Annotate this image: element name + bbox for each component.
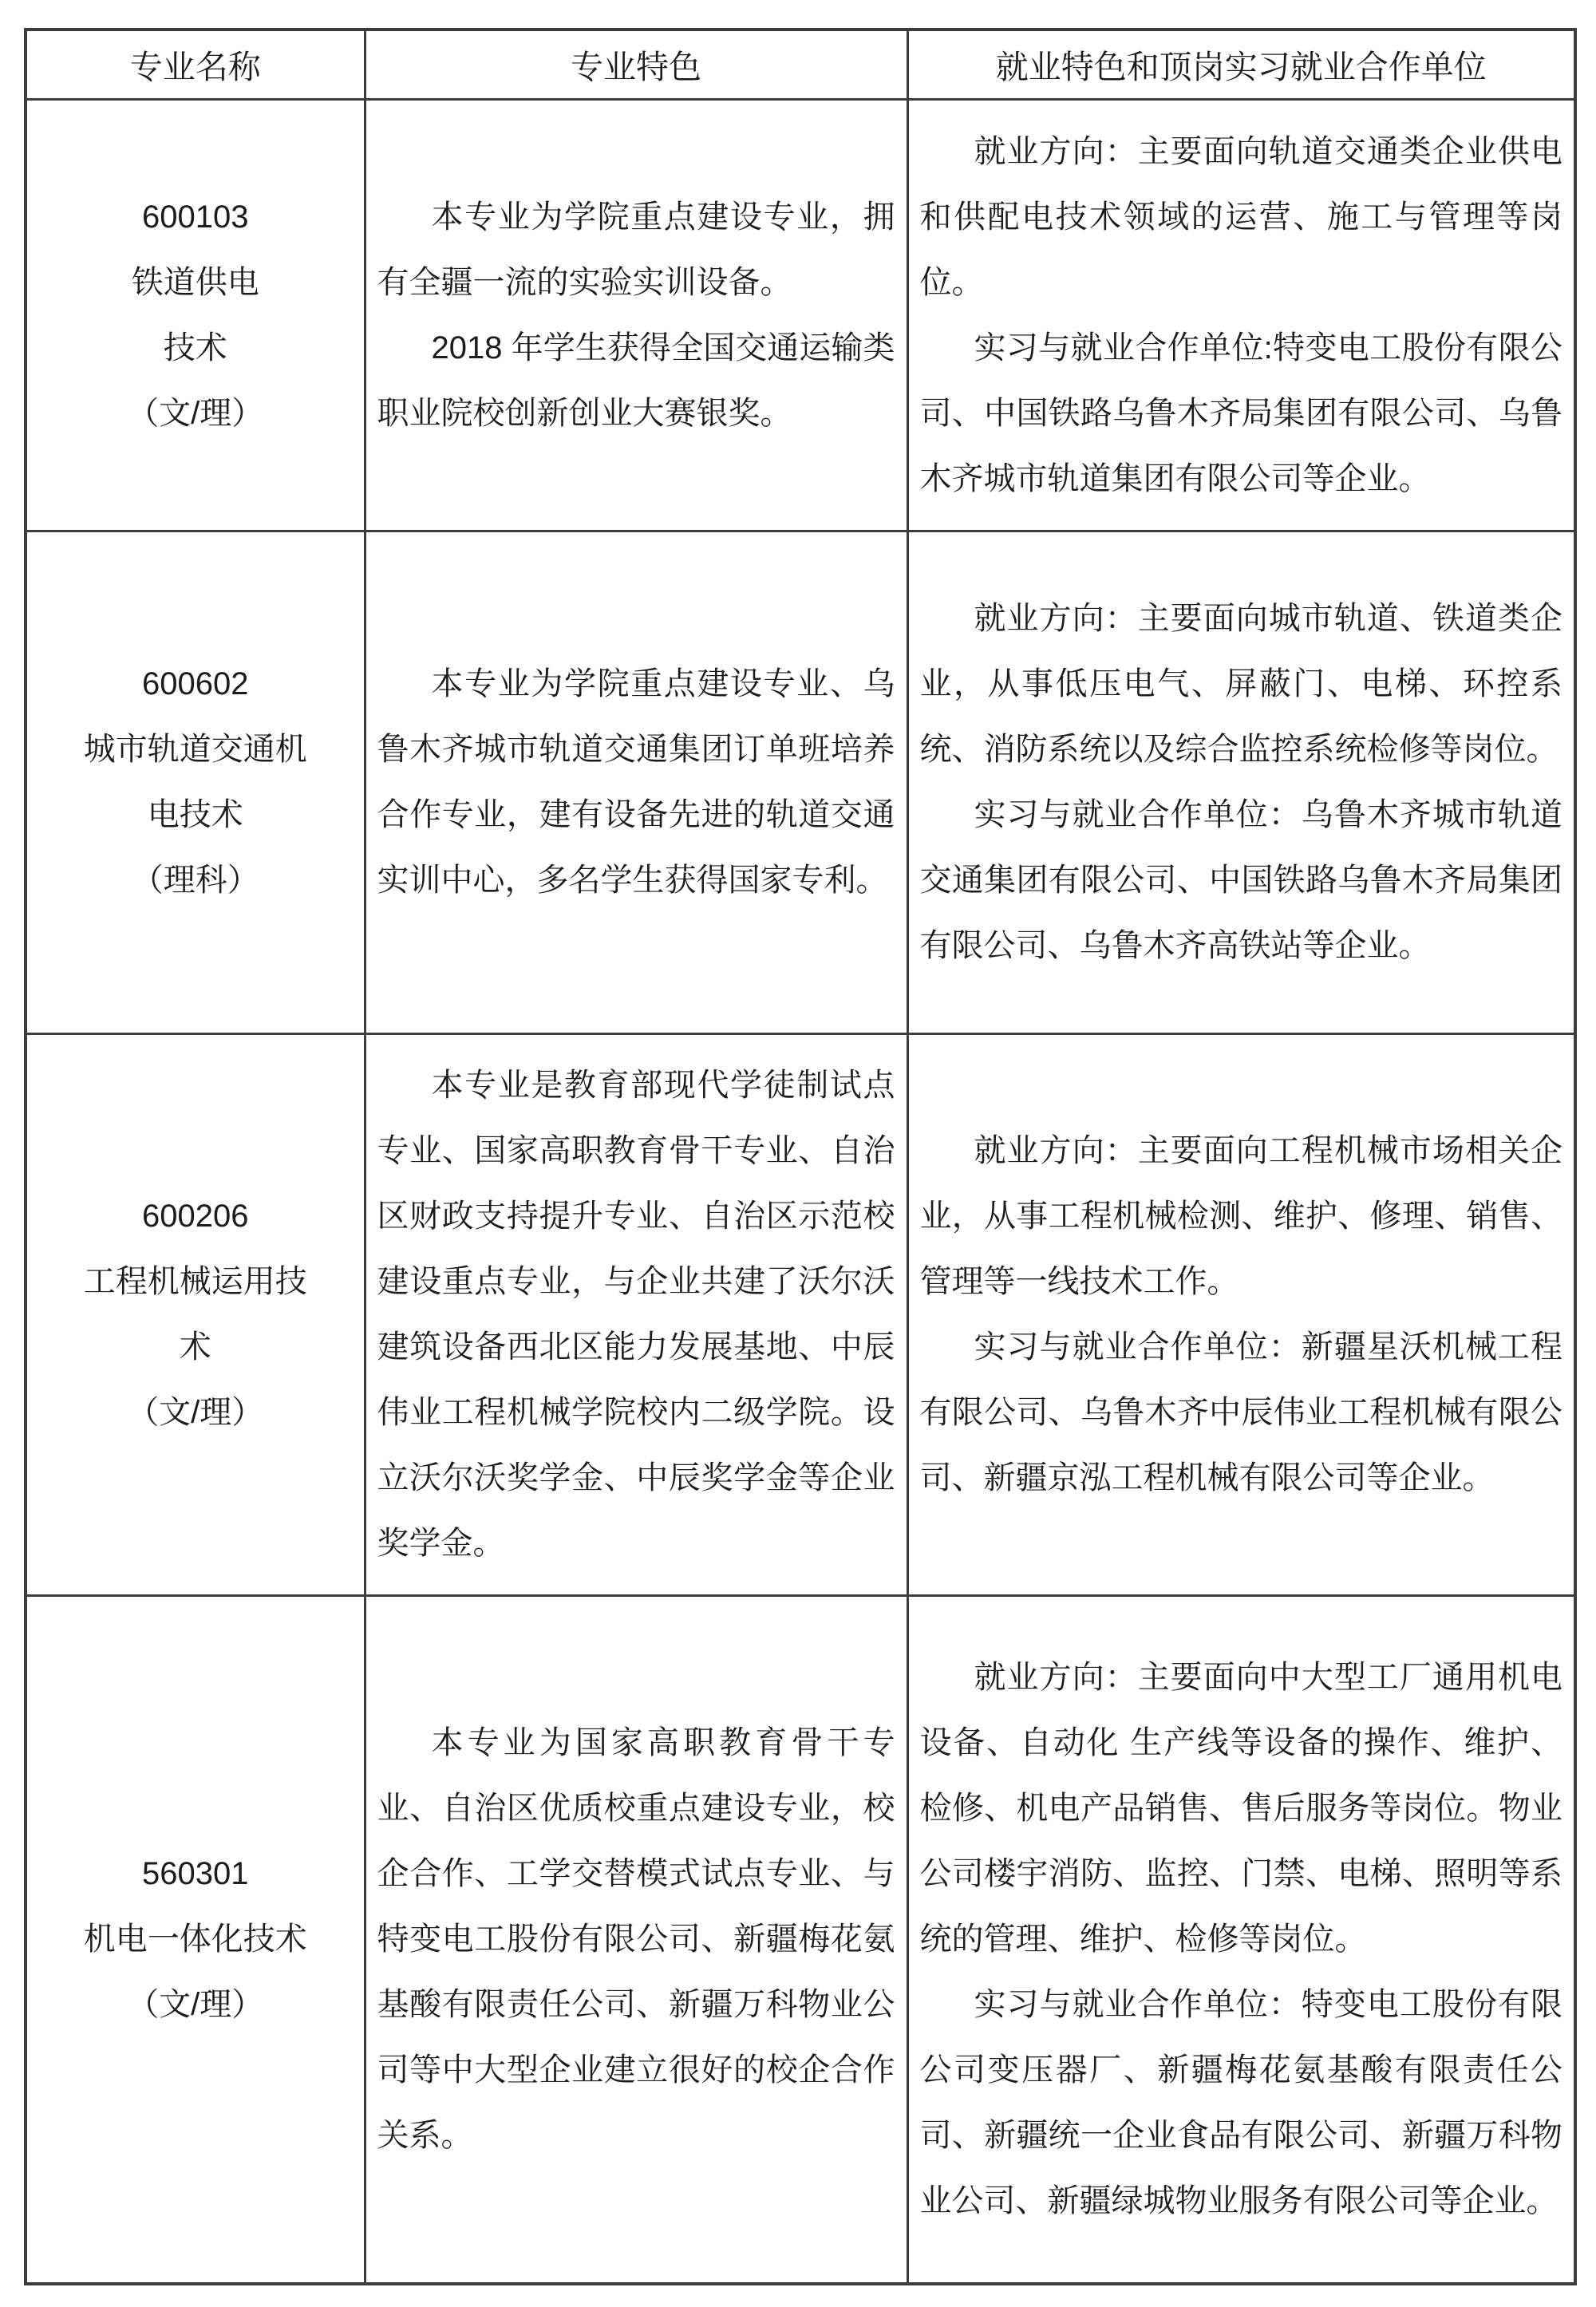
major-code: 560301 [38, 1841, 353, 1906]
major-cell: 600103 铁道供电 技术 （文/理） [26, 99, 365, 531]
feature-paragraph: 本专业为学院重点建设专业、乌鲁木齐城市轨道交通集团订单班培养合作专业，建有设备先… [377, 651, 895, 913]
major-track: （理科） [38, 847, 353, 913]
major-track: （文/理） [38, 1972, 353, 2037]
feature-cell: 本专业是教育部现代学徒制试点专业、国家高职教育骨干专业、自治区财政支持提升专业、… [365, 1033, 907, 1595]
header-major-name: 专业名称 [26, 30, 365, 99]
header-major-feature: 专业特色 [365, 30, 907, 99]
employment-cell: 就业方向：主要面向城市轨道、铁道类企业，从事低压电气、屏蔽门、电梯、环控系统、消… [907, 531, 1575, 1033]
major-cell: 600206 工程机械运用技 术 （文/理） [26, 1033, 365, 1595]
major-code: 600602 [38, 651, 353, 717]
employment-cell: 就业方向：主要面向中大型工厂通用机电设备、自动化 生产线等设备的操作、维护、检修… [907, 1595, 1575, 2284]
employment-paragraph: 就业方向：主要面向工程机械市场相关企业，从事工程机械检测、维护、修理、销售、管理… [920, 1118, 1563, 1314]
major-name-line: 铁道供电 [38, 250, 353, 315]
feature-paragraph: 本专业为学院重点建设专业，拥有全疆一流的实验实训设备。 [377, 184, 895, 315]
employment-cell: 就业方向：主要面向工程机械市场相关企业，从事工程机械检测、维护、修理、销售、管理… [907, 1033, 1575, 1595]
employment-cell: 就业方向：主要面向轨道交通类企业供电和供配电技术领域的运营、施工与管理等岗位。 … [907, 99, 1575, 531]
header-employment: 就业特色和顶岗实习就业合作单位 [907, 30, 1575, 99]
major-name-line: 技术 [38, 315, 353, 381]
feature-cell: 本专业为学院重点建设专业，拥有全疆一流的实验实训设备。 2018 年学生获得全国… [365, 99, 907, 531]
table-row: 600206 工程机械运用技 术 （文/理） 本专业是教育部现代学徒制试点专业、… [26, 1033, 1575, 1595]
major-code: 600206 [38, 1183, 353, 1249]
major-name-line: 城市轨道交通机 [38, 717, 353, 782]
feature-cell: 本专业为国家高职教育骨干专业、自治区优质校重点建设专业，校企合作、工学交替模式试… [365, 1595, 907, 2284]
major-code: 600103 [38, 184, 353, 250]
employment-paragraph: 就业方向：主要面向轨道交通类企业供电和供配电技术领域的运营、施工与管理等岗位。 [920, 119, 1563, 315]
employment-paragraph: 就业方向：主要面向城市轨道、铁道类企业，从事低压电气、屏蔽门、电梯、环控系统、消… [920, 586, 1563, 782]
feature-paragraph: 本专业是教育部现代学徒制试点专业、国家高职教育骨干专业、自治区财政支持提升专业、… [377, 1053, 895, 1576]
employment-paragraph: 实习与就业合作单位：乌鲁木齐城市轨道交通集团有限公司、中国铁路乌鲁木齐局集团有限… [920, 782, 1563, 978]
feature-cell: 本专业为学院重点建设专业、乌鲁木齐城市轨道交通集团订单班培养合作专业，建有设备先… [365, 531, 907, 1033]
major-cell: 560301 机电一体化技术 （文/理） [26, 1595, 365, 2284]
major-name-line: 术 [38, 1314, 353, 1380]
employment-paragraph: 实习与就业合作单位:特变电工股份有限公司、中国铁路乌鲁木齐局集团有限公司、乌鲁木… [920, 315, 1563, 512]
employment-paragraph: 就业方向：主要面向中大型工厂通用机电设备、自动化 生产线等设备的操作、维护、检修… [920, 1645, 1563, 1972]
employment-paragraph: 实习与就业合作单位：特变电工股份有限公司变压器厂、新疆梅花氨基酸有限责任公司、新… [920, 1972, 1563, 2234]
major-cell: 600602 城市轨道交通机 电技术 （理科） [26, 531, 365, 1033]
major-track: （文/理） [38, 381, 353, 446]
table-row: 600103 铁道供电 技术 （文/理） 本专业为学院重点建设专业，拥有全疆一流… [26, 99, 1575, 531]
major-track: （文/理） [38, 1380, 353, 1445]
majors-table: 专业名称 专业特色 就业特色和顶岗实习就业合作单位 600103 铁道供电 技术… [24, 28, 1577, 2285]
table-header-row: 专业名称 专业特色 就业特色和顶岗实习就业合作单位 [26, 30, 1575, 99]
employment-paragraph: 实习与就业合作单位：新疆星沃机械工程有限公司、乌鲁木齐中辰伟业工程机械有限公司、… [920, 1314, 1563, 1511]
document-page: 专业名称 专业特色 就业特色和顶岗实习就业合作单位 600103 铁道供电 技术… [0, 0, 1596, 2307]
major-name-line: 电技术 [38, 782, 353, 847]
feature-paragraph: 本专业为国家高职教育骨干专业、自治区优质校重点建设专业，校企合作、工学交替模式试… [377, 1710, 895, 2168]
major-name-line: 机电一体化技术 [38, 1906, 353, 1972]
table-row: 600602 城市轨道交通机 电技术 （理科） 本专业为学院重点建设专业、乌鲁木… [26, 531, 1575, 1033]
major-name-line: 工程机械运用技 [38, 1249, 353, 1314]
feature-paragraph: 2018 年学生获得全国交通运输类职业院校创新创业大赛银奖。 [377, 315, 895, 446]
table-row: 560301 机电一体化技术 （文/理） 本专业为国家高职教育骨干专业、自治区优… [26, 1595, 1575, 2284]
